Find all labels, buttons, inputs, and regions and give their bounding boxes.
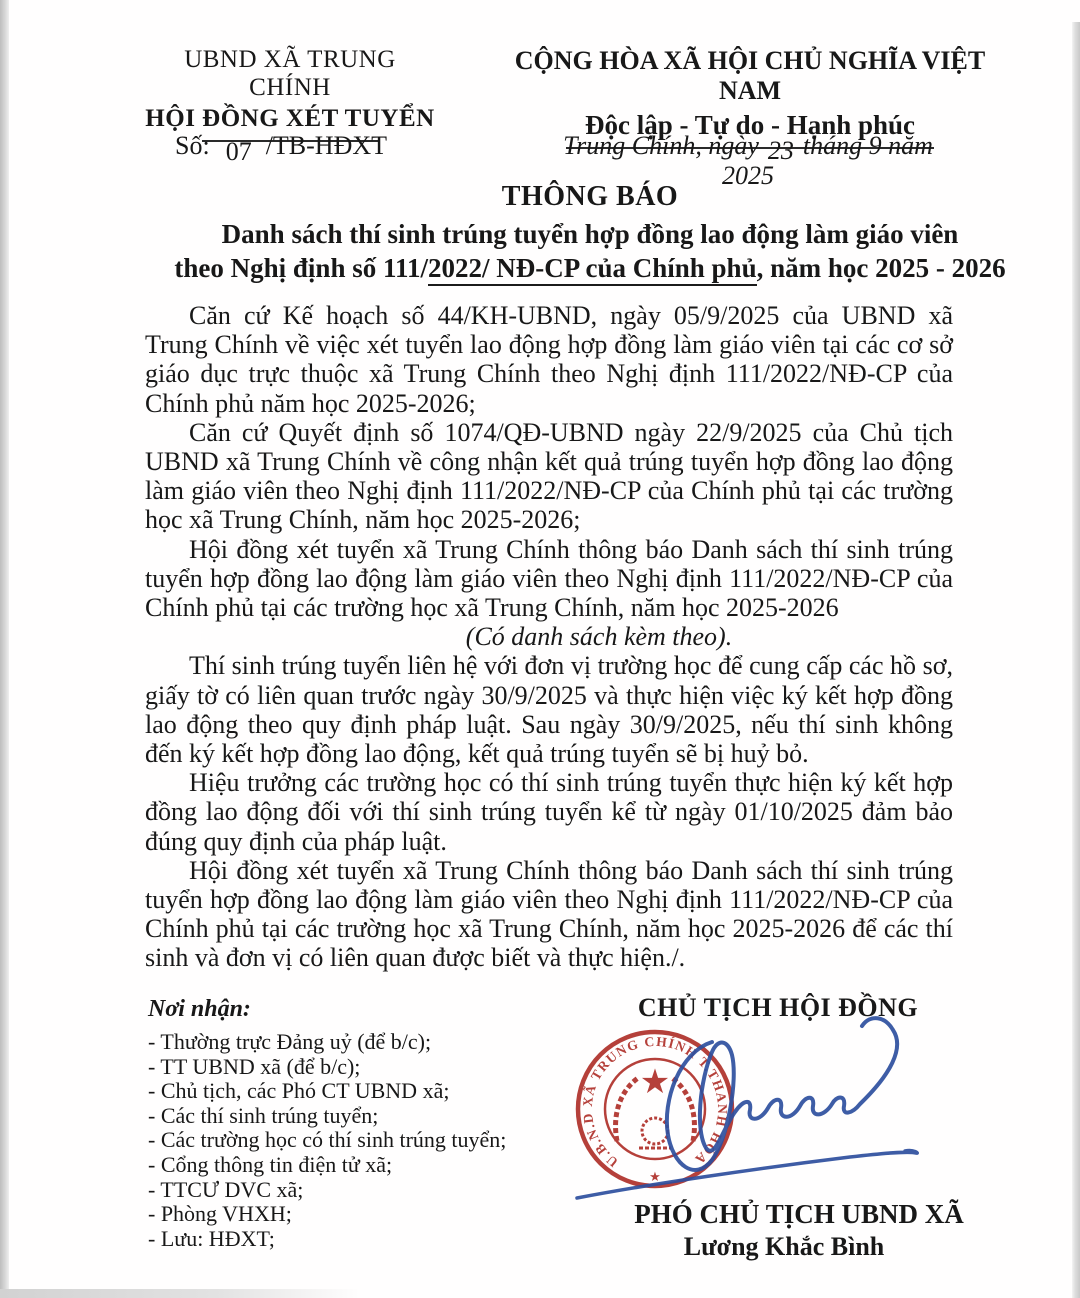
scan-edge-right (1072, 22, 1080, 1298)
body-paragraph: Hiệu trưởng các trường học có thí sinh t… (145, 768, 953, 856)
body-paragraph: Căn cứ Quyết định số 1074/QĐ-UBND ngày 2… (145, 418, 953, 535)
recipient-item: - Các thí sinh trúng tuyển; (148, 1104, 568, 1129)
signature-ink (550, 990, 950, 1210)
scan-edge-bottom (0, 1289, 360, 1298)
recipients-block: Nơi nhận: - Thường trực Đảng uỷ (để b/c)… (148, 996, 568, 1251)
issuing-agency-block: UBND XÃ TRUNG CHÍNH HỘI ĐỒNG XÉT TUYỂN (145, 46, 435, 142)
body-paragraph: Hội đồng xét tuyển xã Trung Chính thông … (145, 856, 953, 973)
recipient-item: - TT UBND xã (để b/c); (148, 1055, 568, 1080)
body-paragraph: Hội đồng xét tuyển xã Trung Chính thông … (145, 535, 953, 623)
national-title: CỘNG HÒA XÃ HỘI CHỦ NGHĨA VIỆT NAM (505, 46, 995, 106)
attachment-note: (Có danh sách kèm theo). (145, 622, 953, 651)
recipient-item: - Phòng VHXH; (148, 1202, 568, 1227)
recipients-list: - Thường trực Đảng uỷ (để b/c); - TT UBN… (148, 1030, 568, 1251)
recipient-item: - Lưu: HĐXT; (148, 1227, 568, 1252)
date-day: 23 (768, 136, 794, 165)
recipient-item: - Các trường học có thí sinh trúng tuyển… (148, 1128, 568, 1153)
scan-edge-left (0, 0, 9, 1298)
subject-pre: theo Nghị định số 111/ (174, 253, 428, 283)
document-subject-line2: theo Nghị định số 111/2022/ NĐ-CP của Ch… (150, 253, 1030, 284)
body-paragraph: Căn cứ Kế hoạch số 44/KH-UBND, ngày 05/9… (145, 301, 953, 418)
agency-parent-name: UBND XÃ TRUNG CHÍNH (145, 46, 435, 102)
document-number-line: Số:07/TB-HĐXT (175, 131, 387, 161)
subject-post: , năm học 2025 - 2026 (757, 253, 1006, 283)
signer-name: Lương Khắc Bình (603, 1232, 965, 1262)
document-title-block: THÔNG BÁO Danh sách thí sinh trúng tuyển… (150, 181, 1030, 284)
number-label: Số: (175, 131, 210, 160)
scanned-document-page: UBND XÃ TRUNG CHÍNH HỘI ĐỒNG XÉT TUYỂN C… (0, 0, 1080, 1298)
recipients-title: Nơi nhận: (148, 996, 568, 1023)
number-suffix: /TB-HĐXT (266, 131, 387, 160)
agency-name: HỘI ĐỒNG XÉT TUYỂN (145, 105, 435, 133)
signature-underline (577, 1151, 917, 1198)
recipient-item: - Chủ tịch, các Phó CT UBND xã; (148, 1079, 568, 1104)
date-prefix: Trung Chính, ngày (563, 131, 759, 160)
number-value: 07 (226, 137, 252, 166)
document-body: Căn cứ Kế hoạch số 44/KH-UBND, ngày 05/9… (145, 301, 953, 973)
body-paragraph: Thí sinh trúng tuyển liên hệ với đơn vị … (145, 651, 953, 768)
recipient-item: - Thường trực Đảng uỷ (để b/c); (148, 1030, 568, 1055)
subject-underlined: 2022/ NĐ-CP của Chính phủ (428, 253, 757, 286)
recipient-item: - Cổng thông tin điện tử xã; (148, 1153, 568, 1178)
document-subject-line1: Danh sách thí sinh trúng tuyển hợp đồng … (150, 219, 1030, 250)
document-type-title: THÔNG BÁO (150, 181, 1030, 213)
recipient-item: - TTCƯ DVC xã; (148, 1178, 568, 1203)
signature-scribble (667, 1018, 897, 1170)
